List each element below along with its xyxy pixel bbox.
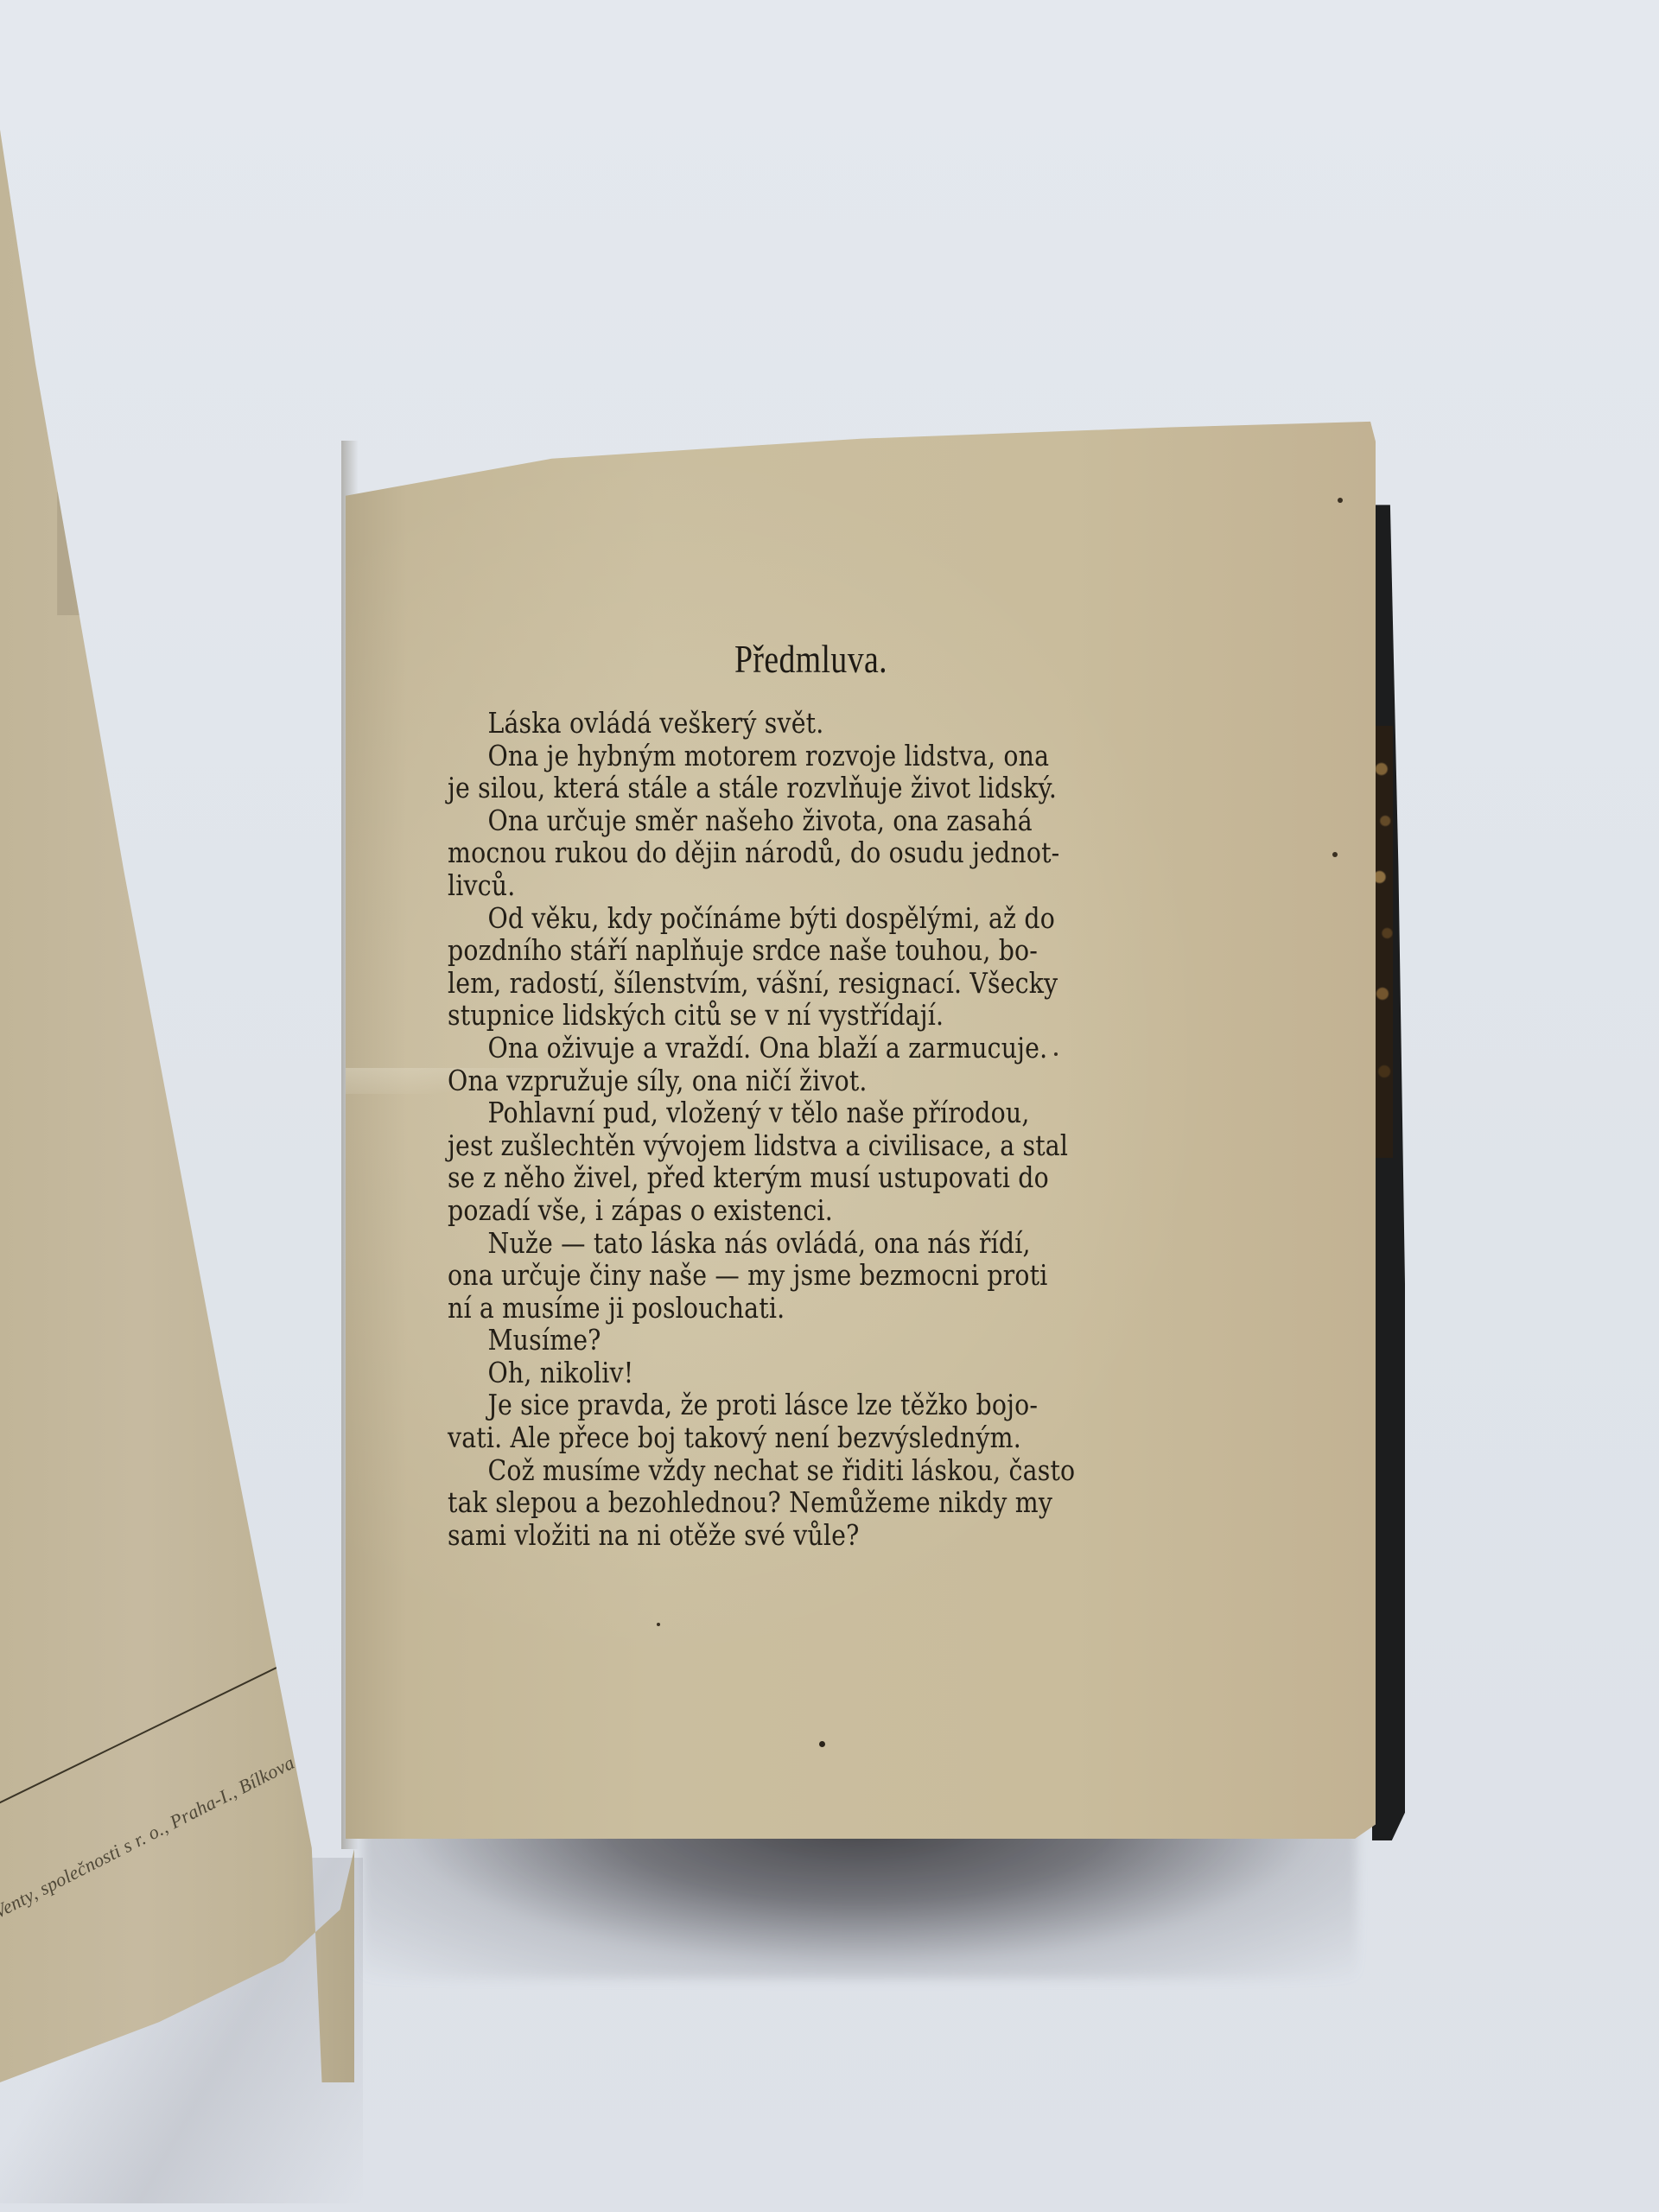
text-line: Musíme? xyxy=(448,1324,1205,1357)
text-line: jest zušlechtěn vývojem lidstva a civili… xyxy=(448,1129,1205,1162)
text-line: lem, radostí, šílenstvím, vášní, resigna… xyxy=(448,967,1205,1000)
text-line: Ona vzpružuje síly, ona ničí život. xyxy=(448,1065,1205,1097)
text-line: pozdního stáří naplňuje srdce naše touho… xyxy=(448,934,1205,967)
text-line: Což musíme vždy nechat se řiditi láskou,… xyxy=(448,1454,1205,1487)
paper-speck xyxy=(1332,852,1338,857)
text-line: tak slepou a bezohlednou? Nemůžeme nikdy… xyxy=(448,1486,1205,1519)
text-line: stupnice lidských citů se v ní vystřídaj… xyxy=(448,999,1205,1032)
text-line: Oh, nikoliv! xyxy=(448,1357,1205,1389)
page-number-dot xyxy=(819,1741,825,1747)
bleed-through-ghost-text: ▐ ▌ xyxy=(17,493,213,614)
paper-speck xyxy=(1054,1052,1058,1056)
page-title: Předmluva. xyxy=(734,636,887,682)
text-line: Ona je hybným motorem rozvoje lidstva, o… xyxy=(448,740,1205,772)
text-line: Ona oživuje a vraždí. Ona blaží a zarmuc… xyxy=(448,1032,1205,1065)
body-text: Láska ovládá veškerý svět. Ona je hybným… xyxy=(448,707,1329,1551)
marbled-cover-pattern xyxy=(1374,726,1393,1158)
text-line: sami vložiti na ni otěže své vůle? xyxy=(448,1519,1205,1552)
text-line: Ona určuje směr našeho života, ona zasah… xyxy=(448,804,1205,837)
left-page: ▐ ▌ Venty, společnosti s r. o., Praha-I.… xyxy=(0,130,354,2082)
text-line: mocnou rukou do dějin národů, do osudu j… xyxy=(448,836,1205,869)
text-line: Nuže — tato láska nás ovládá, ona nás ří… xyxy=(448,1227,1205,1260)
right-page: Předmluva. Láska ovládá veškerý svět. On… xyxy=(346,413,1376,1839)
paper-speck xyxy=(1338,498,1343,503)
printer-imprint: Venty, společnosti s r. o., Praha-I., Bí… xyxy=(0,1719,362,1923)
text-line: livců. xyxy=(448,869,1205,902)
imprint-rule-line xyxy=(0,1639,334,1808)
text-line: Od věku, kdy počínáme býti dospělými, až… xyxy=(448,902,1205,935)
text-line: je silou, která stále a stále rozvlňuje … xyxy=(448,772,1205,804)
text-line: ona určuje činy naše — my jsme bezmocni … xyxy=(448,1259,1205,1292)
paper-speck xyxy=(657,1623,660,1626)
text-line: Láska ovládá veškerý svět. xyxy=(448,707,1205,740)
text-line: se z něho živel, před kterým musí ustupo… xyxy=(448,1161,1205,1194)
text-line: Je sice pravda, že proti lásce lze těžko… xyxy=(448,1389,1205,1421)
text-line: pozadí vše, i zápas o existenci. xyxy=(448,1194,1205,1227)
text-line: ní a musíme ji poslouchati. xyxy=(448,1292,1205,1325)
text-line: vati. Ale přece boj takový není bezvýsle… xyxy=(448,1421,1205,1454)
book-shadow xyxy=(363,1823,1357,1979)
text-line: Pohlavní pud, vložený v tělo naše přírod… xyxy=(448,1096,1205,1129)
